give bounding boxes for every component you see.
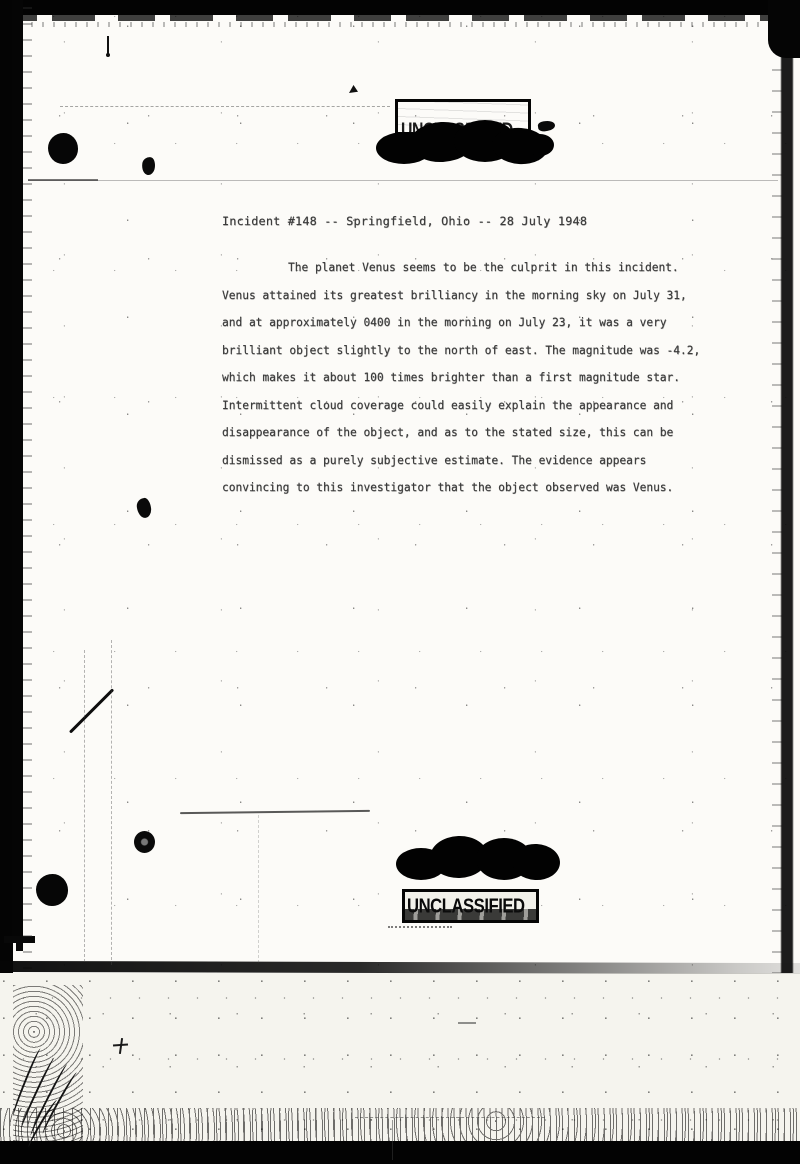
page-bottom-seam <box>0 961 800 974</box>
typewritten-line: Venus attained its greatest brilliancy i… <box>222 282 700 310</box>
staple-mark-top <box>141 156 156 176</box>
scanned-document-page: UNCLASSIFIED Incident #148 -- Springfiel… <box>0 0 800 1164</box>
fold-line <box>84 650 85 962</box>
redaction-scribble-top <box>376 118 554 170</box>
incident-paragraph: The planet Venus seems to be the culprit… <box>222 254 700 502</box>
redaction-scribble-bottom <box>396 834 560 882</box>
stamp-ink-smudge-band <box>405 909 536 920</box>
scan-horizontal-line <box>28 180 778 181</box>
binder-bar-stub <box>16 943 23 951</box>
scan-edge-right-corner <box>768 0 800 58</box>
typewritten-line: and at approximately 0400 in the morning… <box>222 309 700 337</box>
unclassified-stamp-bottom: UNCLASSIFIED <box>402 889 539 923</box>
stamp-dotted-underline <box>388 926 452 928</box>
fold-line <box>258 815 259 963</box>
scan-edge-top-dust <box>0 22 800 27</box>
binder-bar <box>12 0 23 936</box>
scan-dash-row <box>60 106 390 107</box>
typewritten-line: which makes it about 100 times brighter … <box>222 364 700 392</box>
staple-mark-middle <box>136 497 152 518</box>
scan-edge-top-ragged <box>0 15 800 21</box>
incident-title: Incident #148 -- Springfield, Ohio -- 28… <box>222 214 587 228</box>
scan-horizontal-line-dark <box>28 179 98 181</box>
pen-tick-top-left <box>107 36 109 55</box>
typewritten-line: Intermittent cloud coverage could easily… <box>222 392 700 420</box>
hole-punch-top <box>48 133 78 164</box>
pencil-underline <box>180 810 370 814</box>
ink-speck-triangle <box>349 85 358 93</box>
typewritten-line: convincing to this investigator that the… <box>222 474 700 502</box>
pen-slash-mark <box>69 688 114 733</box>
typewritten-line: brilliant object slightly to the north o… <box>222 337 700 365</box>
typewritten-line: dismissed as a purely subjective estimat… <box>222 447 700 475</box>
scan-edge-bottom-dust <box>0 1108 800 1141</box>
fold-line <box>111 640 112 965</box>
typewritten-line: disappearance of the object, and as to t… <box>222 419 700 447</box>
ring-stain-mark <box>134 831 155 853</box>
scan-edge-bottom <box>0 1141 800 1164</box>
typewritten-line: The planet Venus seems to be the culprit… <box>222 254 700 282</box>
scan-edge-top <box>0 0 800 15</box>
hole-punch-bottom <box>36 874 68 906</box>
